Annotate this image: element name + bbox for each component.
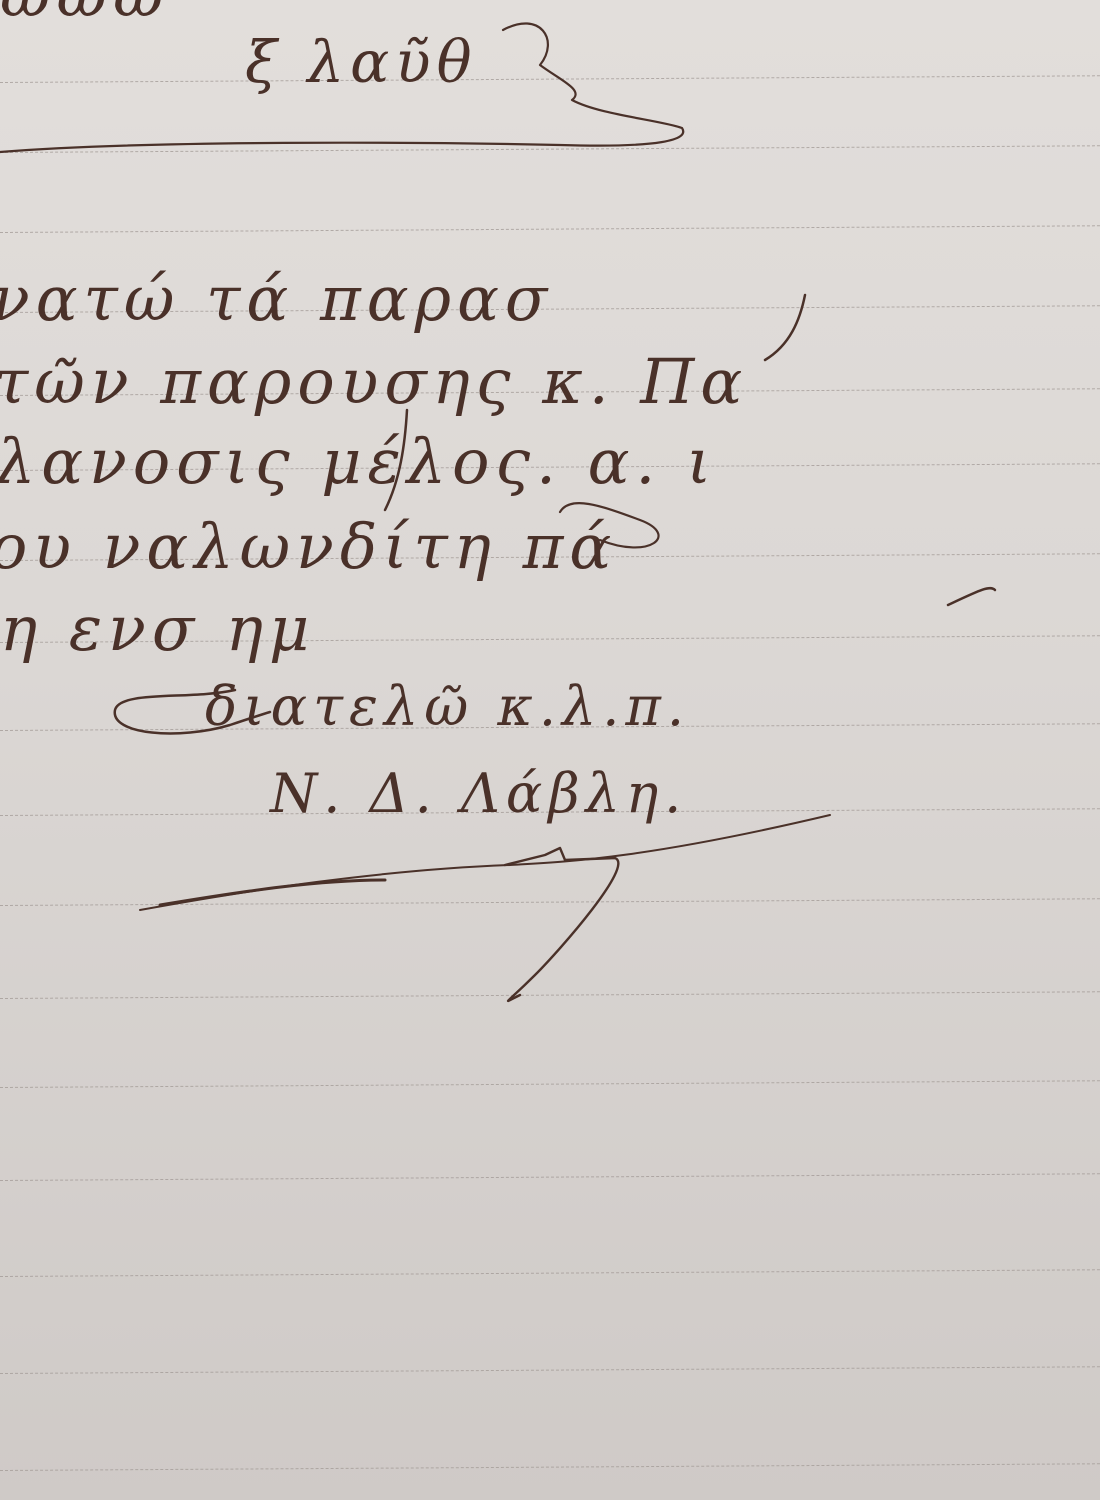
body-line: τῶν παρουσης κ. Πα xyxy=(0,345,748,418)
ruled-line xyxy=(0,1173,1100,1181)
body-line: η ενσ ημ xyxy=(0,592,315,665)
ruled-line xyxy=(0,1080,1100,1088)
body-line: ου ναλωνδίτη πά xyxy=(0,510,617,583)
signature-flourish-return xyxy=(160,880,385,905)
signature-flourish xyxy=(140,815,830,910)
ruled-line xyxy=(0,75,1100,83)
body-line: νατώ τά παρασ xyxy=(0,262,553,335)
descender-stroke xyxy=(948,588,995,605)
ruled-line xyxy=(0,225,1100,233)
ruled-line xyxy=(0,1269,1100,1277)
ruled-line xyxy=(0,1366,1100,1374)
closing-text: διατελῶ κ.λ.π. xyxy=(205,675,690,738)
heading-text: ξ λαῦθ xyxy=(245,28,478,96)
ruled-line xyxy=(0,145,1100,153)
ruled-line xyxy=(0,1463,1100,1471)
body-line: λανοσις μέλος. α. ι xyxy=(0,425,717,498)
ruled-line xyxy=(0,898,1100,906)
letter-page: ωωω ξ λαῦθ νατώ τά παρασ τῶν παρουσης κ.… xyxy=(0,0,1100,1500)
ruled-line xyxy=(0,991,1100,999)
signature-flourish-hook xyxy=(505,848,618,1001)
descender-stroke xyxy=(765,295,805,360)
signature-text: Ν. Δ. Λάβλη. xyxy=(270,762,687,825)
top-fragment-text: ωωω xyxy=(0,0,170,31)
